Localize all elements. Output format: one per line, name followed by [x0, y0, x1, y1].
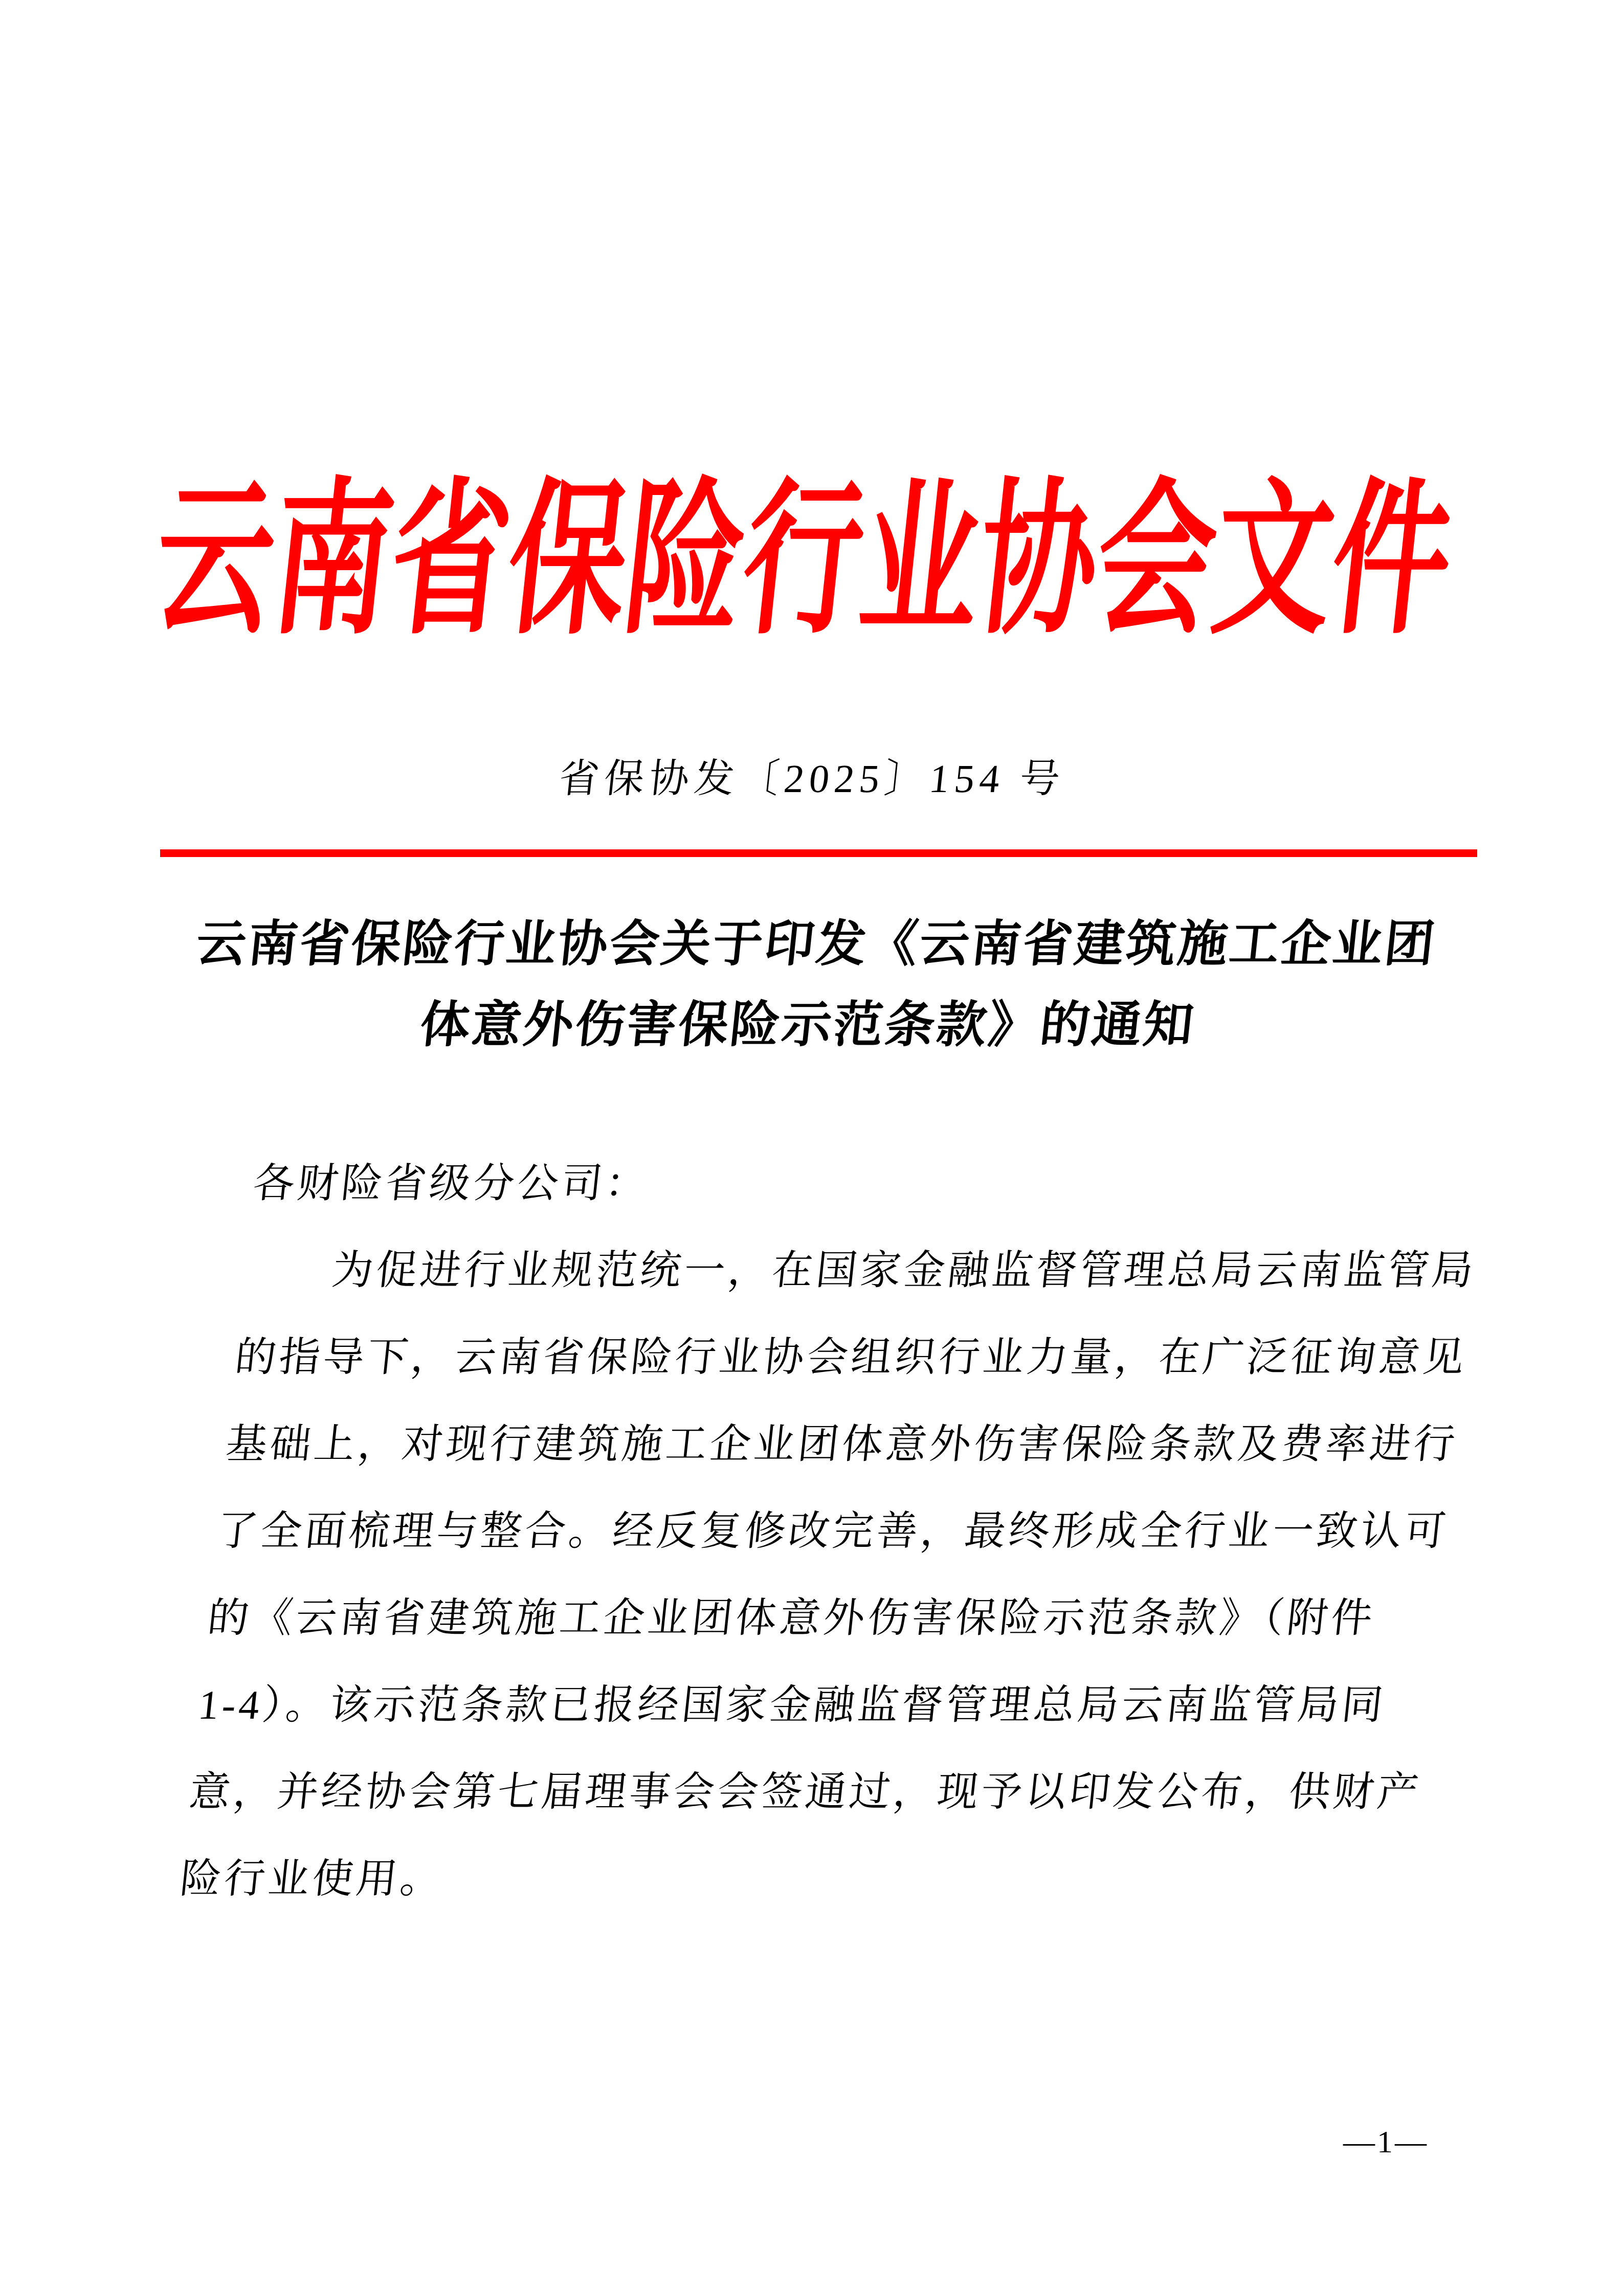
document-number: 省保协发〔2025〕154 号: [0, 756, 1624, 802]
body-line: 1-4）。该示范条款已报经国家金融监督管理总局云南监管局同: [194, 1662, 1428, 1749]
subject-title-line-1: 云南省保险行业协会关于印发《云南省建筑施工企业团: [0, 904, 1624, 985]
body-line: 为促进行业规范统一，在国家金融监督管理总局云南监管局: [240, 1227, 1474, 1314]
red-divider-line: [160, 849, 1477, 857]
body-line: 险行业使用。: [176, 1836, 1410, 1923]
body-line: 意，并经协会第七届理事会会签通过，现予以印发公布，供财产: [185, 1749, 1419, 1836]
subject-title: 云南省保险行业协会关于印发《云南省建筑施工企业团 体意外伤害保险示范条款》的通知: [0, 904, 1624, 1066]
page-number: —1—: [1343, 2126, 1429, 2158]
body-line: 的指导下，云南省保险行业协会组织行业力量，在广泛征询意见: [231, 1314, 1465, 1401]
salutation: 各财险省级分公司：: [249, 1140, 1483, 1227]
body-line: 基础上，对现行建筑施工企业团体意外伤害保险条款及费率进行: [221, 1401, 1456, 1488]
body-line: 了全面梳理与整合。经反复修改完善，最终形成全行业一致认可: [212, 1488, 1447, 1575]
document-page: 云南省保险行业协会文件 省保协发〔2025〕154 号 云南省保险行业协会关于印…: [0, 0, 1624, 2296]
body-line: 的《云南省建筑施工企业团体意外伤害保险示范条款》（附件: [203, 1575, 1437, 1662]
body-paragraph: 各财险省级分公司： 为促进行业规范统一，在国家金融监督管理总局云南监管局 的指导…: [176, 1140, 1483, 1923]
subject-title-line-2: 体意外伤害保险示范条款》的通知: [0, 985, 1624, 1066]
org-banner-title: 云南省保险行业协会文件: [0, 478, 1624, 645]
